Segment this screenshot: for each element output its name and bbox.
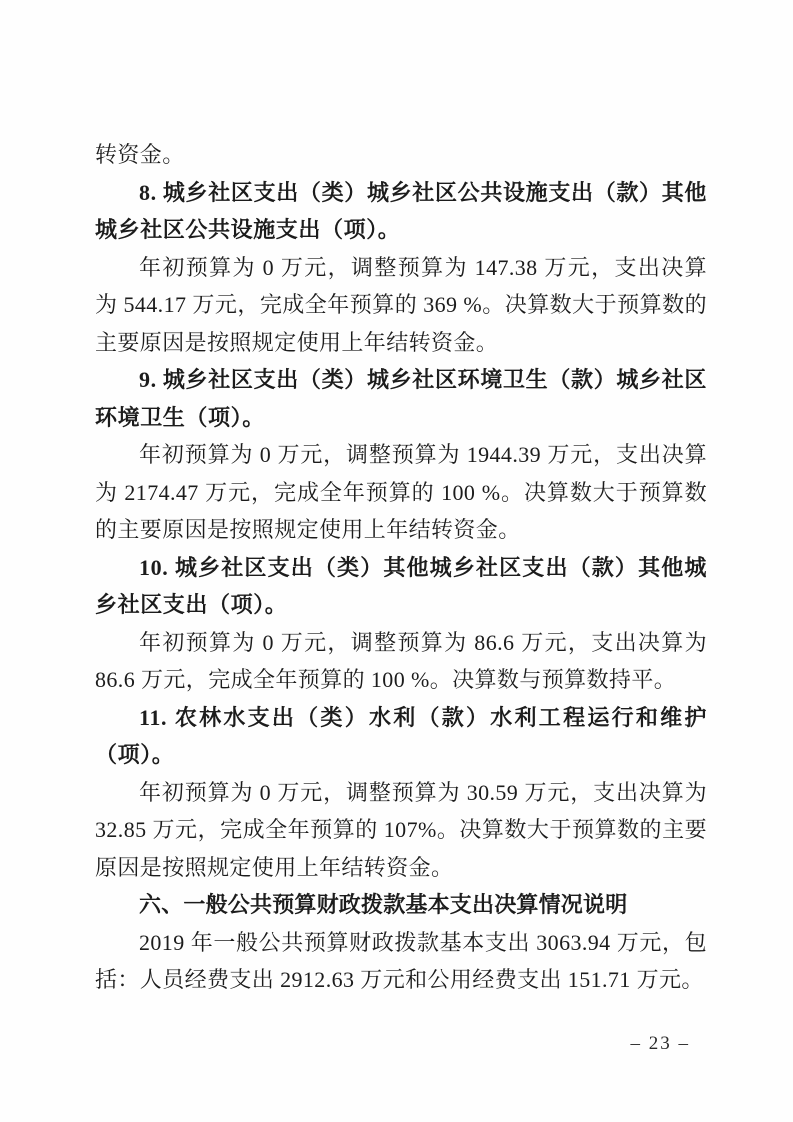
- heading-item-8: 8. 城乡社区支出（类）城乡社区公共设施支出（款）其他城乡社区公共设施支出（项）…: [95, 174, 707, 249]
- heading-item-10: 10. 城乡社区支出（类）其他城乡社区支出（款）其他城乡社区支出（项）。: [95, 549, 707, 624]
- paragraph-item-9-detail: 年初预算为 0 万元，调整预算为 1944.39 万元，支出决算为 2174.4…: [95, 436, 707, 549]
- document-page: 转资金。 8. 城乡社区支出（类）城乡社区公共设施支出（款）其他城乡社区公共设施…: [0, 0, 793, 1122]
- heading-item-11: 11. 农林水支出（类）水利（款）水利工程运行和维护（项）。: [95, 699, 707, 774]
- paragraph-section-six-detail: 2019 年一般公共预算财政拨款基本支出 3063.94 万元，包括：人员经费支…: [95, 924, 707, 999]
- paragraph-item-10-detail: 年初预算为 0 万元，调整预算为 86.6 万元，支出决算为 86.6 万元，完…: [95, 624, 707, 699]
- paragraph-continuation: 转资金。: [95, 136, 707, 174]
- paragraph-item-8-detail: 年初预算为 0 万元，调整预算为 147.38 万元，支出决算为 544.17 …: [95, 249, 707, 362]
- document-text-block: 转资金。 8. 城乡社区支出（类）城乡社区公共设施支出（款）其他城乡社区公共设施…: [95, 136, 707, 999]
- heading-item-9: 9. 城乡社区支出（类）城乡社区环境卫生（款）城乡社区环境卫生（项）。: [95, 361, 707, 436]
- page-number: – 23 –: [631, 1033, 691, 1055]
- paragraph-item-11-detail: 年初预算为 0 万元，调整预算为 30.59 万元，支出决算为 32.85 万元…: [95, 774, 707, 887]
- section-heading-six: 六、一般公共预算财政拨款基本支出决算情况说明: [95, 886, 707, 924]
